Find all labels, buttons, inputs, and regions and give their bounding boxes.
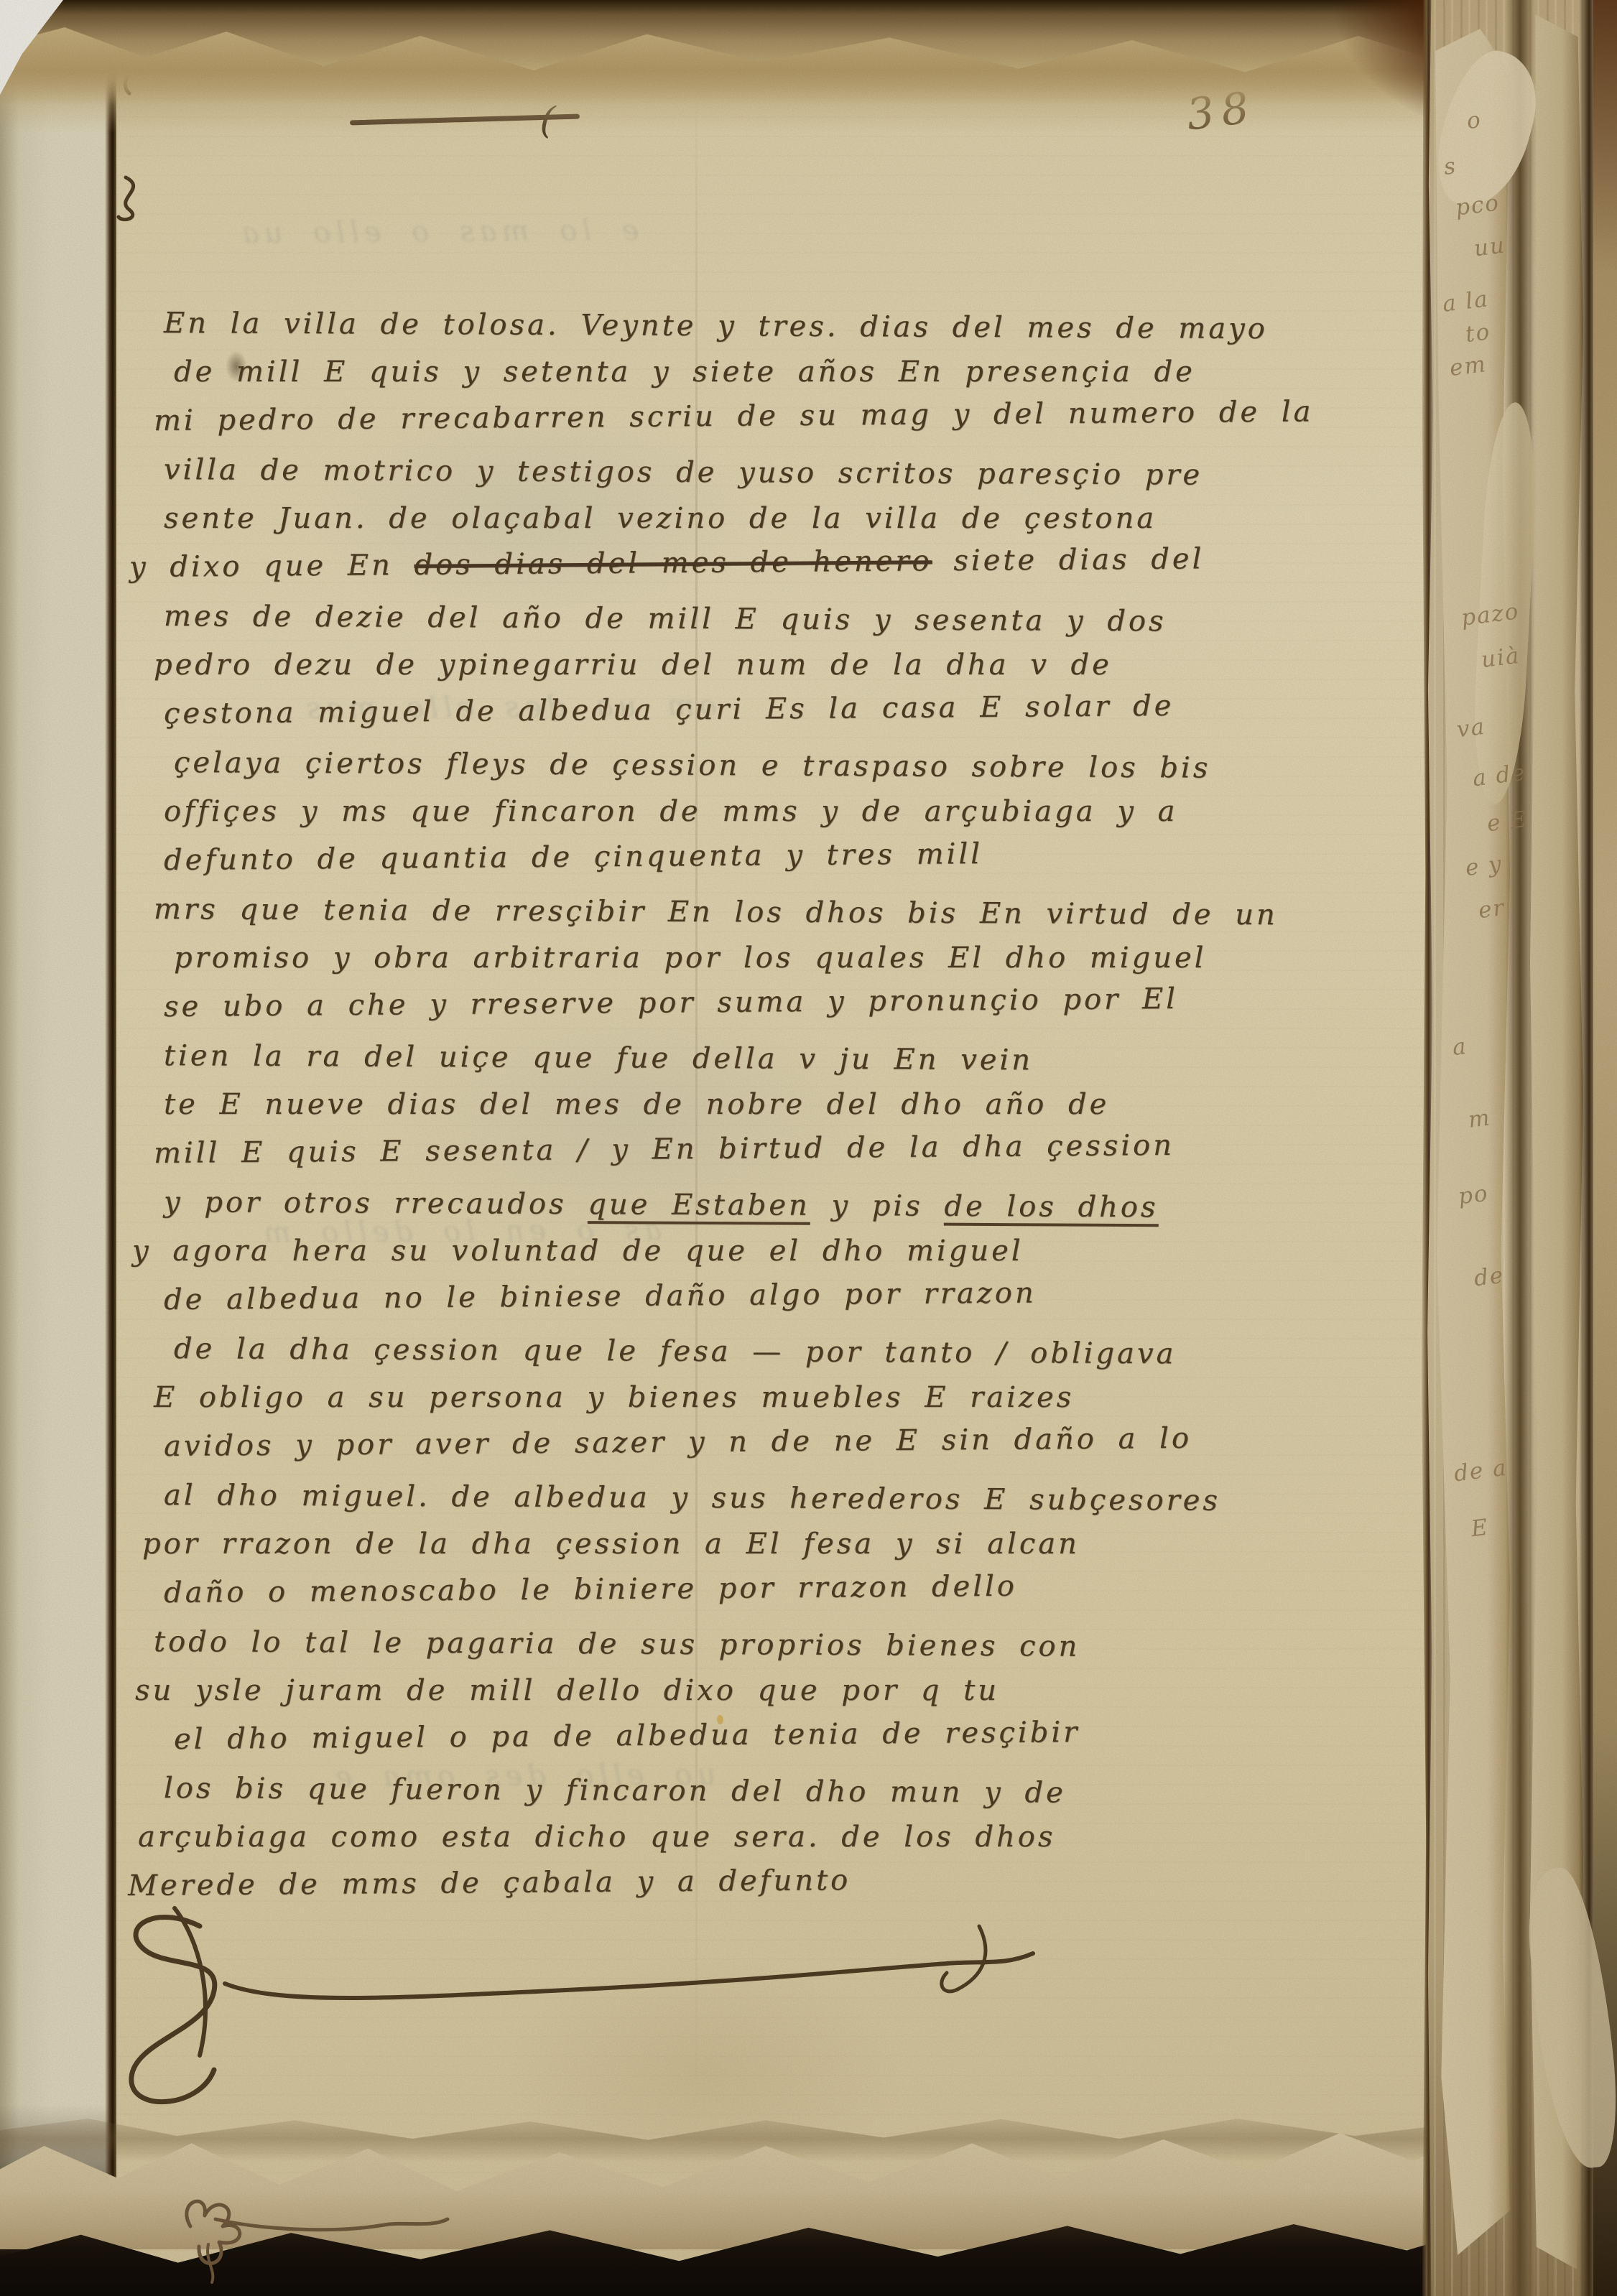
text-line: defunto de quantia de çinquenta y tres m… <box>164 826 1417 885</box>
text-line: tien la ra del uiçe que fue della v ju E… <box>164 1031 1417 1087</box>
edge-script-fragment: de <box>1473 1263 1506 1292</box>
edge-script-fragment: uià <box>1480 643 1521 673</box>
manuscript-photo: e lo mas o ello ua om ua des ello mas as… <box>0 0 1617 2296</box>
text-segment: y por otros rrecaudos <box>164 1186 588 1221</box>
edge-script-fragment: em <box>1448 351 1488 381</box>
text-line-with-underline: y por otros rrecaudos que Estaben y pis … <box>164 1178 1417 1233</box>
text-line: el dho miguel o pa de albedua tenia de r… <box>174 1705 1417 1764</box>
text-line: al dho miguel. de albedua y sus heredero… <box>164 1471 1417 1526</box>
edge-script-fragment: E <box>1470 1515 1491 1543</box>
text-line: mi pedro de rrecabarren scriu de su mag … <box>154 386 1417 445</box>
edge-script-fragment: uu <box>1473 232 1507 261</box>
underlined-text: que Estaben <box>588 1188 810 1225</box>
text-line: todo lo tal le pagaria de sus proprios b… <box>154 1617 1417 1673</box>
edge-script-fragment: to <box>1464 319 1492 348</box>
text-line: de la dha çession que le fesa — por tant… <box>174 1324 1417 1380</box>
text-block: En la villa de tolosa. Veynte y tres. di… <box>164 299 1417 1910</box>
edge-script-fragment: er <box>1477 895 1506 924</box>
edge-script-fragment: va <box>1455 714 1487 743</box>
text-line: se ubo a che y rreserve por suma y pronu… <box>164 972 1417 1031</box>
margin-curl <box>101 174 151 226</box>
rubric-flourish <box>92 1897 1184 2113</box>
edge-script-fragment: o <box>1465 107 1483 134</box>
text-line: los bis que fueron y fincaron del dho mu… <box>164 1764 1417 1819</box>
text-line: daño o menoscabo le biniere por rrazon d… <box>164 1558 1417 1617</box>
text-line: avidos y por aver de sazer y n de ne E s… <box>164 1412 1417 1471</box>
text-line: çelaya çiertos fleys de çession e traspa… <box>174 738 1417 794</box>
underlined-text: de los dhos <box>944 1190 1158 1227</box>
edge-script-fragment: e E <box>1486 807 1529 837</box>
edge-script-fragment: m <box>1467 1105 1493 1133</box>
text-line: mes de dezie del año de mill E quis y se… <box>164 592 1417 647</box>
bleedthrough-line: e lo mas o ello ua <box>237 214 639 250</box>
clover-doodle <box>147 2176 456 2284</box>
text-line: mrs que tenia de rresçibir En los dhos b… <box>154 885 1417 940</box>
edge-script-fragment: a <box>1451 1033 1469 1061</box>
text-line: de albedua no le biniese daño algo por r… <box>164 1265 1417 1324</box>
text-segment: siete dias del <box>932 542 1204 577</box>
text-segment: y dixo que En <box>129 549 414 584</box>
edge-script-fragment: pco <box>1454 190 1501 220</box>
struck-text: dos dias del mes de henero <box>414 544 932 582</box>
text-line: çestona miguel de albedua çuri Es la cas… <box>164 679 1417 738</box>
text-line: villa de motrico y testigos de yuso scri… <box>164 445 1417 501</box>
text-line-with-strikethrough: y dixo que En dos dias del mes de henero… <box>129 533 1417 592</box>
edge-script-fragment: e y <box>1464 851 1504 881</box>
text-line: En la villa de tolosa. Veynte y tres. di… <box>164 299 1417 354</box>
text-segment: y pis <box>810 1189 945 1223</box>
text-line: mill E quis E sesenta / y En birtud de l… <box>154 1119 1417 1178</box>
edge-script-fragment: po <box>1457 1181 1491 1210</box>
